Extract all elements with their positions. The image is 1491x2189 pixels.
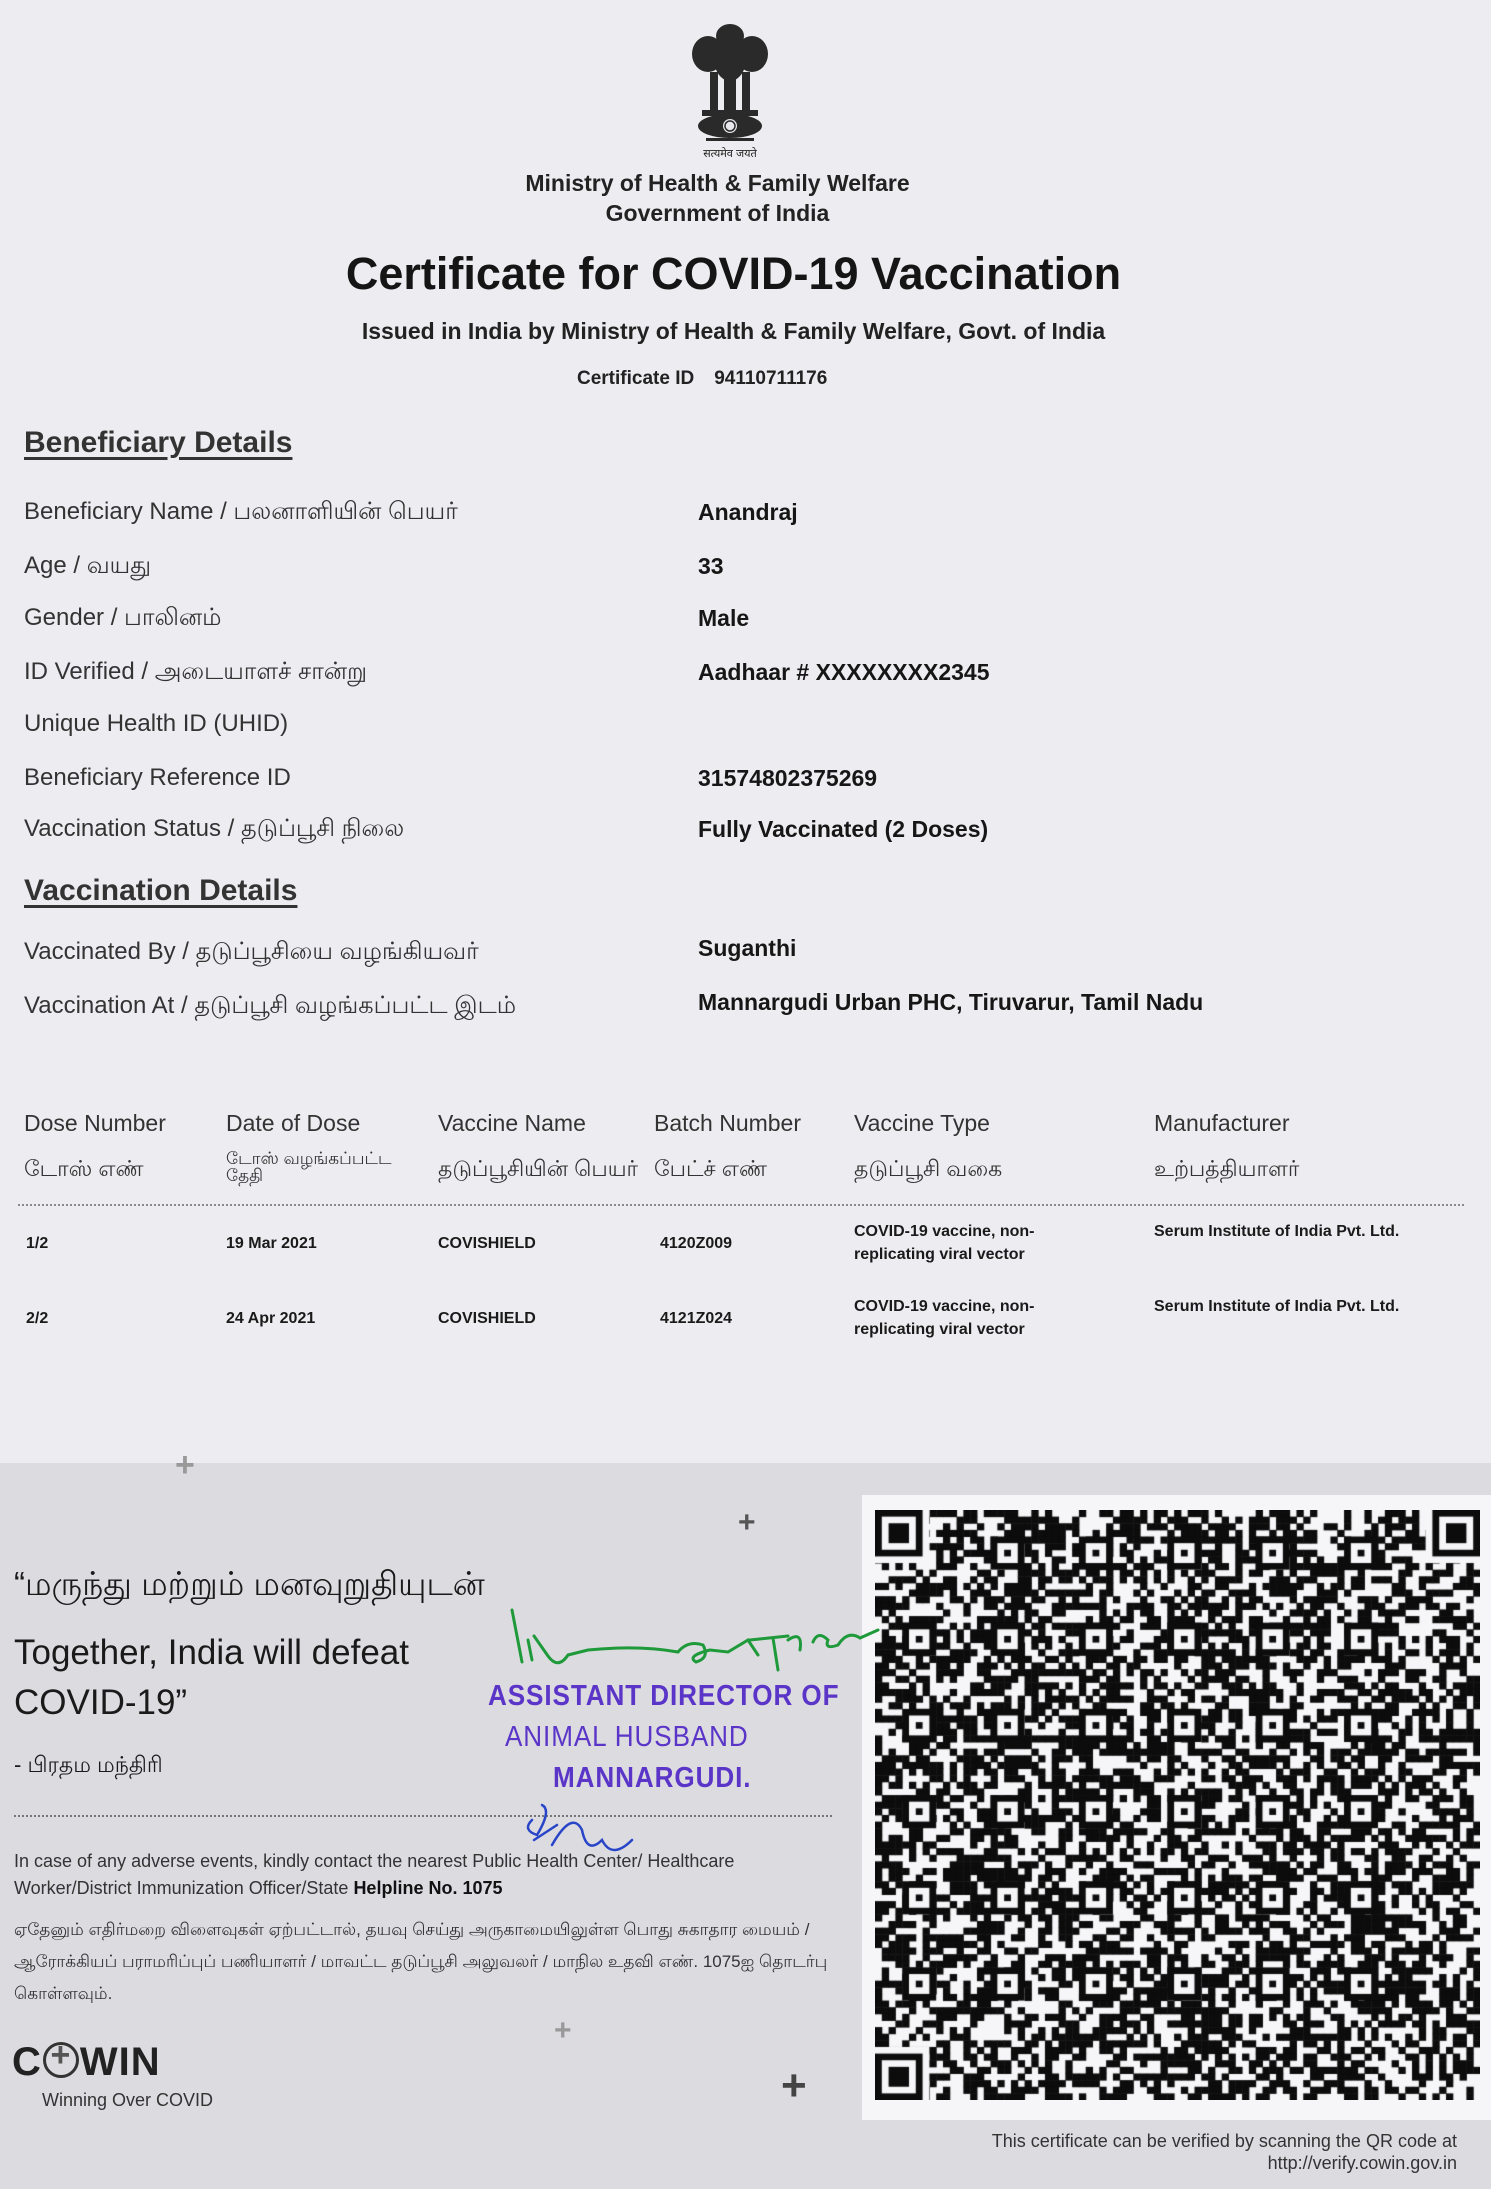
table-cell: Serum Institute of India Pvt. Ltd.	[1154, 1220, 1404, 1243]
table-cell: Serum Institute of India Pvt. Ltd.	[1154, 1295, 1404, 1318]
official-stamp-line: ASSISTANT DIRECTOR OF	[488, 1680, 839, 1713]
footer-divider	[14, 1815, 832, 1817]
table-cell: 24 Apr 2021	[226, 1307, 315, 1330]
qr-code-icon	[875, 1510, 1480, 2100]
adverse-events-notice: In case of any adverse events, kindly co…	[14, 1848, 834, 1902]
crosshair-mark-icon: +	[738, 1508, 756, 1538]
logo-text-suffix: WIN	[80, 2040, 161, 2084]
column-header: Date of Dose	[226, 1110, 360, 1137]
column-header-tamil: டோஸ் வழங்கப்பட்ட தேதி	[226, 1150, 416, 1184]
column-header: Vaccine Name	[438, 1110, 586, 1137]
quote-attribution: - பிரதம மந்திரி	[14, 1752, 163, 1781]
table-cell: COVID-19 vaccine, non-replicating viral …	[854, 1220, 1104, 1266]
logo-text-prefix: C	[12, 2040, 42, 2084]
cowin-globe-icon	[43, 2042, 79, 2078]
column-header: Vaccine Type	[854, 1110, 990, 1137]
field-label: Gender / பாலினம்	[24, 604, 221, 634]
verify-url[interactable]: http://verify.cowin.gov.in	[992, 2152, 1457, 2174]
helpline-number: Helpline No. 1075	[353, 1878, 502, 1898]
quote-english: Together, India will defeat COVID-19”	[14, 1628, 514, 1728]
table-cell: 1/2	[26, 1232, 48, 1255]
signature-blue	[512, 1800, 652, 1890]
certificate-id-value: 94110711176	[714, 368, 827, 389]
field-value: Mannargudi Urban PHC, Tiruvarur, Tamil N…	[698, 989, 1203, 1016]
ministry-name: Ministry of Health & Family Welfare	[0, 170, 1463, 197]
column-header: Manufacturer	[1154, 1110, 1290, 1137]
official-stamp-line: MANNARGUDI.	[553, 1762, 751, 1795]
table-divider	[18, 1204, 1464, 1206]
table-cell: COVISHIELD	[438, 1307, 536, 1330]
table-cell: 19 Mar 2021	[226, 1232, 317, 1255]
field-value: Suganthi	[698, 935, 796, 962]
table-cell: COVISHIELD	[438, 1232, 536, 1255]
vaccination-section-title: Vaccination Details	[24, 874, 297, 908]
verification-note: This certificate can be verified by scan…	[992, 2130, 1457, 2174]
column-header-tamil: பேட்ச் எண்	[654, 1156, 767, 1185]
field-value: Fully Vaccinated (2 Doses)	[698, 816, 988, 843]
column-header-tamil: தடுப்பூசியின் பெயர்	[438, 1156, 638, 1185]
table-cell: 2/2	[26, 1307, 48, 1330]
field-value: 33	[698, 553, 724, 580]
adverse-events-notice-tamil: ஏதேனும் எதிர்மறை விளைவுகள் ஏற்பட்டால், த…	[14, 1914, 834, 2010]
column-header: Batch Number	[654, 1110, 801, 1137]
field-label: Vaccination Status / தடுப்பூசி நிலை	[24, 815, 404, 845]
field-value: Anandraj	[698, 499, 798, 526]
certificate-id: Certificate ID94110711176	[577, 368, 827, 390]
emblem-motto: सत्यमेव जयते	[680, 146, 780, 161]
field-value: Male	[698, 605, 749, 632]
field-label: ID Verified / அடையாளச் சான்று	[24, 658, 367, 688]
page-title: Certificate for COVID-19 Vaccination	[0, 248, 1479, 300]
field-label: Beneficiary Name / பலனாளியின் பெயர்	[24, 498, 458, 528]
page-subtitle: Issued in India by Ministry of Health & …	[0, 318, 1479, 345]
column-header-tamil: டோஸ் எண்	[24, 1156, 144, 1185]
field-label: Vaccinated By / தடுப்பூசியை வழங்கியவர்	[24, 938, 479, 968]
table-cell: COVID-19 vaccine, non-replicating viral …	[854, 1295, 1104, 1341]
verify-text-line: This certificate can be verified by scan…	[992, 2130, 1457, 2152]
field-label: Age / வயது	[24, 552, 151, 582]
field-label: Beneficiary Reference ID	[24, 764, 291, 792]
field-label: Vaccination At / தடுப்பூசி வழங்கப்பட்ட இ…	[24, 992, 516, 1022]
column-header: Dose Number	[24, 1110, 166, 1137]
national-emblem-icon: सत्यमेव जयते	[680, 14, 780, 164]
field-label: Unique Health ID (UHID)	[24, 710, 288, 738]
quote-tamil: “மருந்து மற்றும் மனவுறுதியுடன்	[14, 1565, 485, 1608]
official-stamp-line: ANIMAL HUSBAND	[505, 1721, 749, 1754]
field-value: 31574802375269	[698, 765, 877, 792]
cowin-tagline: Winning Over COVID	[42, 2090, 213, 2111]
crosshair-mark-icon: +	[781, 2064, 807, 2108]
crosshair-mark-icon: +	[554, 2016, 572, 2046]
certificate-id-label: Certificate ID	[577, 368, 694, 389]
cowin-logo: CWIN	[12, 2040, 161, 2085]
beneficiary-section-title: Beneficiary Details	[24, 426, 292, 460]
column-header-tamil: உற்பத்தியாளர்	[1154, 1156, 1299, 1185]
government-name: Government of India	[0, 200, 1463, 227]
column-header-tamil: தடுப்பூசி வகை	[854, 1156, 1002, 1185]
crosshair-mark-icon: +	[175, 1448, 195, 1482]
field-value: Aadhaar # XXXXXXXX2345	[698, 659, 990, 686]
table-cell: 4120Z009	[660, 1232, 732, 1255]
table-cell: 4121Z024	[660, 1307, 732, 1330]
